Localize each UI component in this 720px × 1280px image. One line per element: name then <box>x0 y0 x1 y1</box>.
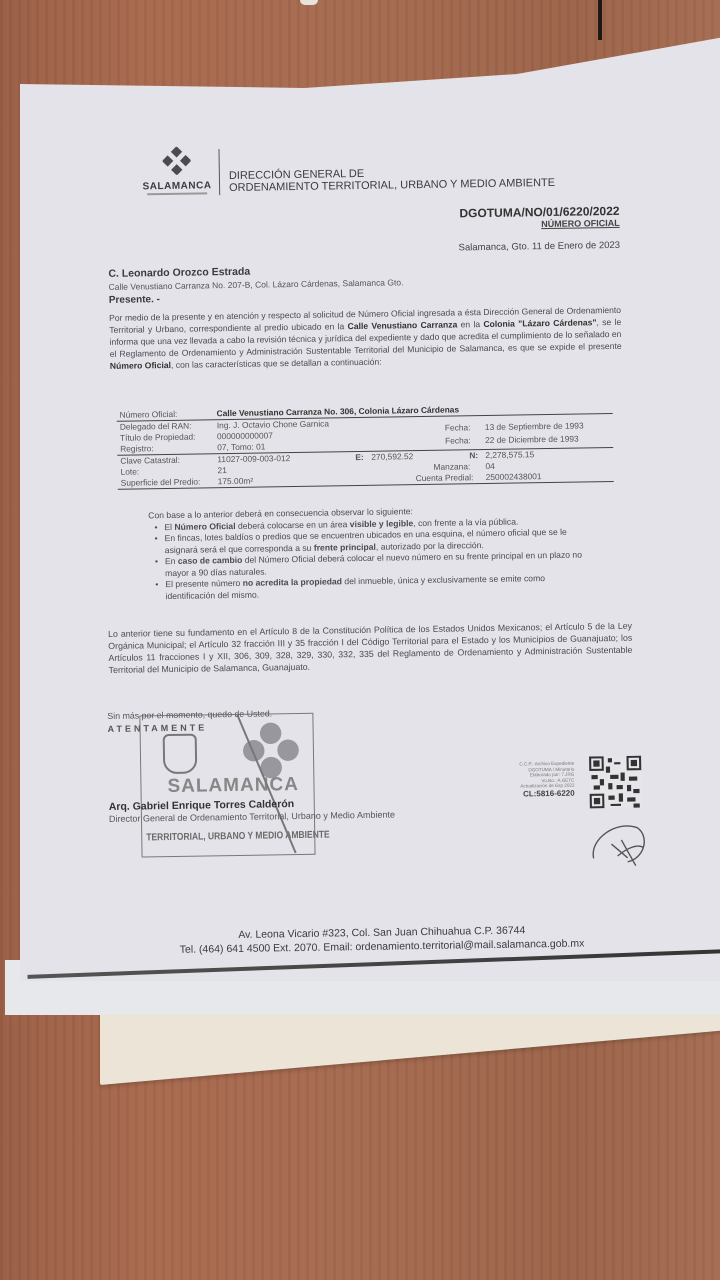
label: Fecha: <box>445 435 471 445</box>
recipient-block: C. Leonardo Orozco Estrada Calle Venusti… <box>108 263 403 307</box>
department-name: DIRECCIÓN GENERAL DE ORDENAMIENTO TERRIT… <box>229 165 555 194</box>
clave-value: 11027-009-003-012 <box>217 453 290 464</box>
label: Lote: <box>120 466 139 476</box>
label: Cuenta Predial: <box>416 472 474 483</box>
lote-value: 21 <box>217 465 226 475</box>
intro-colonia: Colonia "Lázaro Cárdenas" <box>483 317 596 329</box>
bold-text: frente principal <box>314 541 376 552</box>
text: , con frente a la vía pública. <box>413 516 518 528</box>
legal-basis-paragraph: Lo anterior tiene su fundamento en el Ar… <box>108 620 633 676</box>
ccp-block: C.C.P.: Archivo Expediente DGOTUMA / Min… <box>494 761 575 800</box>
label: Número Oficial: <box>120 409 178 420</box>
clover-stamp-icon <box>240 720 301 781</box>
text: El <box>164 521 174 531</box>
footer: Av. Leona Vicario #323, Col. San Juan Ch… <box>137 922 627 958</box>
bold-text: no acredita la propiedad <box>243 576 342 588</box>
label: Registro: <box>120 443 154 454</box>
text: deberá colocarse en un área <box>235 519 349 531</box>
intro-numero-oficial: Número Oficial <box>110 360 171 371</box>
label: Manzana: <box>433 461 470 472</box>
salamanca-logo: SALAMANCA <box>136 146 217 197</box>
logo-text: SALAMANCA <box>137 180 217 192</box>
logo-tagline <box>147 192 207 195</box>
label: Superficie del Predio: <box>121 477 201 488</box>
label: Clave Catastral: <box>120 455 180 466</box>
document: SALAMANCA DIRECCIÓN GENERAL DE ORDENAMIE… <box>0 0 720 1006</box>
fecha1-value: 13 de Septiembre de 1993 <box>485 420 584 432</box>
clover-logo-icon <box>162 147 190 175</box>
official-stamp: SALAMANCA TERRITORIAL, URBANO Y MEDIO AM… <box>139 713 315 858</box>
label: Título de Propiedad: <box>120 432 196 443</box>
stamp-line: TERRITORIAL, URBANO Y MEDIO AMBIENTE <box>146 830 330 844</box>
property-table: Número Oficial: Calle Venustiano Carranz… <box>117 402 614 490</box>
text: , autorizado por la dirección. <box>376 540 484 552</box>
fecha2-value: 22 de Diciembre de 1993 <box>485 434 579 445</box>
reference-block: DGOTUMA/NO/01/6220/2022 NÚMERO OFICIAL <box>459 204 619 231</box>
e-coordinate-value: 270,592.52 <box>371 451 413 462</box>
n-coordinate-value: 2,278,575.15 <box>485 449 534 460</box>
titulo-value: 000000000007 <box>217 430 273 441</box>
stamp-word: SALAMANCA <box>167 774 299 798</box>
text: El presente número <box>165 578 243 589</box>
intro-text: en la <box>457 319 483 329</box>
superficie-value: 175.00m² <box>218 476 254 487</box>
signature-icon <box>587 817 654 874</box>
intro-text: , con las características que se detalla… <box>171 357 382 370</box>
coat-of-arms-icon <box>163 734 198 775</box>
bold-text: Número Oficial <box>174 520 235 531</box>
label: N: <box>469 450 478 460</box>
registro-value: 07, Tomo: 01 <box>217 441 265 452</box>
label: E: <box>355 452 364 462</box>
ccp-code: CL:5816-6220 <box>495 788 575 799</box>
manzana-value: 04 <box>485 461 494 471</box>
label: Fecha: <box>445 422 471 432</box>
bold-text: caso de cambio <box>178 555 243 566</box>
bold-text: visible y legible <box>350 518 414 529</box>
label: Delegado del RAN: <box>120 421 192 432</box>
delegado-value: Ing. J. Octavio Chone Garnica <box>217 418 329 430</box>
conditions-list: El Número Oficial deberá colocarse en un… <box>148 515 589 602</box>
date-line: Salamanca, Gto. 11 de Enero de 2023 <box>459 240 621 254</box>
intro-paragraph: Por medio de la presente y en atención y… <box>109 304 622 372</box>
letterhead-divider <box>218 149 220 195</box>
text: En <box>165 556 178 566</box>
intro-street: Calle Venustiano Carranza <box>348 319 458 331</box>
cuenta-predial-value: 250002438001 <box>486 471 542 482</box>
conditions-block: Con base a lo anterior deberá en consecu… <box>148 503 589 602</box>
qr-code-icon <box>588 756 643 809</box>
